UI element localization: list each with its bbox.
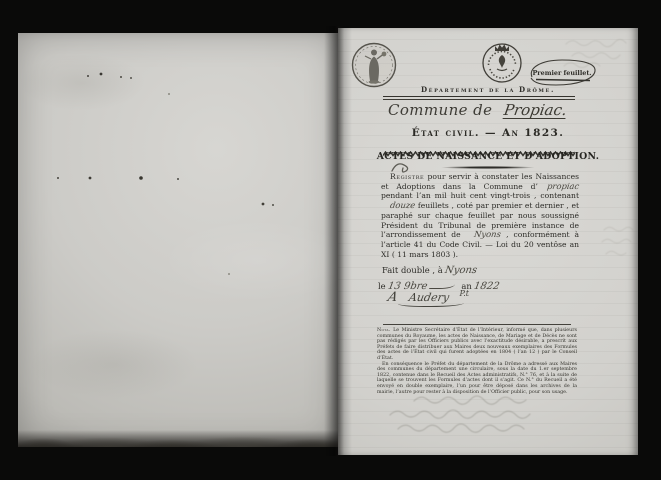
nota-lead: Nota.	[377, 328, 391, 333]
nota-text-1: Le Ministre Secrétaire d’État de l’Intér…	[377, 328, 577, 361]
pen-swash	[429, 281, 455, 289]
left-blank-page	[18, 33, 338, 447]
tribunal-crown-stamp	[480, 38, 524, 90]
signature-title: P.t	[459, 289, 469, 298]
book-scan: Premier feuillet. Département de la Drôm…	[0, 0, 661, 480]
handwritten-place: Nyons	[444, 265, 478, 276]
nota-rule	[383, 324, 571, 325]
fait-double-line: Fait double , à Nyons	[382, 265, 587, 276]
stamp-underline	[536, 80, 590, 81]
premier-feuillet-label: Premier feuillet.	[532, 69, 591, 77]
fait-double-printed: Fait double , à	[382, 265, 443, 275]
handwritten-commune: propiac	[537, 182, 580, 192]
double-rule	[383, 96, 575, 100]
scan-bottom-border	[0, 456, 661, 480]
title-page: Premier feuillet. Département de la Drôm…	[338, 28, 638, 455]
registre-lead-word: Registre	[390, 172, 424, 181]
register-paragraph: Registre pour servir à constater les Nai…	[381, 172, 579, 259]
handwritten-year: 1822	[473, 281, 500, 292]
closing-block: Fait double , à Nyons le 13 9bre an 1822	[382, 265, 587, 292]
scan-top-border	[0, 0, 661, 27]
nota-paragraph-2: En conséquence le Préfet du département …	[377, 362, 577, 396]
commune-name-handwritten: Propiac.	[503, 101, 569, 119]
signature-name: Audery	[408, 291, 450, 304]
paper-specks	[18, 33, 20, 35]
commune-printed-script: Commune de	[388, 101, 492, 119]
president-signature: AAuderyP.t	[388, 289, 469, 305]
page-bottom-ragged-edge	[18, 430, 338, 447]
handwritten-feuillet-count: douze	[380, 201, 416, 211]
commune-line: Commune de Propiac.	[388, 101, 608, 119]
bleedthrough-writing-top	[562, 36, 632, 70]
le-printed: le	[378, 281, 386, 291]
swelled-rule	[440, 166, 536, 169]
department-heading: Département de la Drôme.	[338, 85, 638, 94]
nota-block: Nota. Le Ministre Secrétaire d’État de l…	[377, 328, 577, 395]
bleedthrough-writing	[384, 392, 590, 438]
acts-title: ACTES DE NAISSANCE ET D'ADOPTION.	[338, 151, 638, 162]
nota-paragraph-1: Nota. Le Ministre Secrétaire d’État de l…	[377, 328, 577, 362]
handwritten-arrondissement: Nyons	[465, 230, 502, 240]
etat-civil-heading: État civil. — An 1823.	[338, 127, 638, 139]
bleedthrough-writing-edge	[600, 146, 634, 266]
crown-icon	[480, 38, 524, 86]
book-gutter-shadow	[324, 26, 352, 456]
